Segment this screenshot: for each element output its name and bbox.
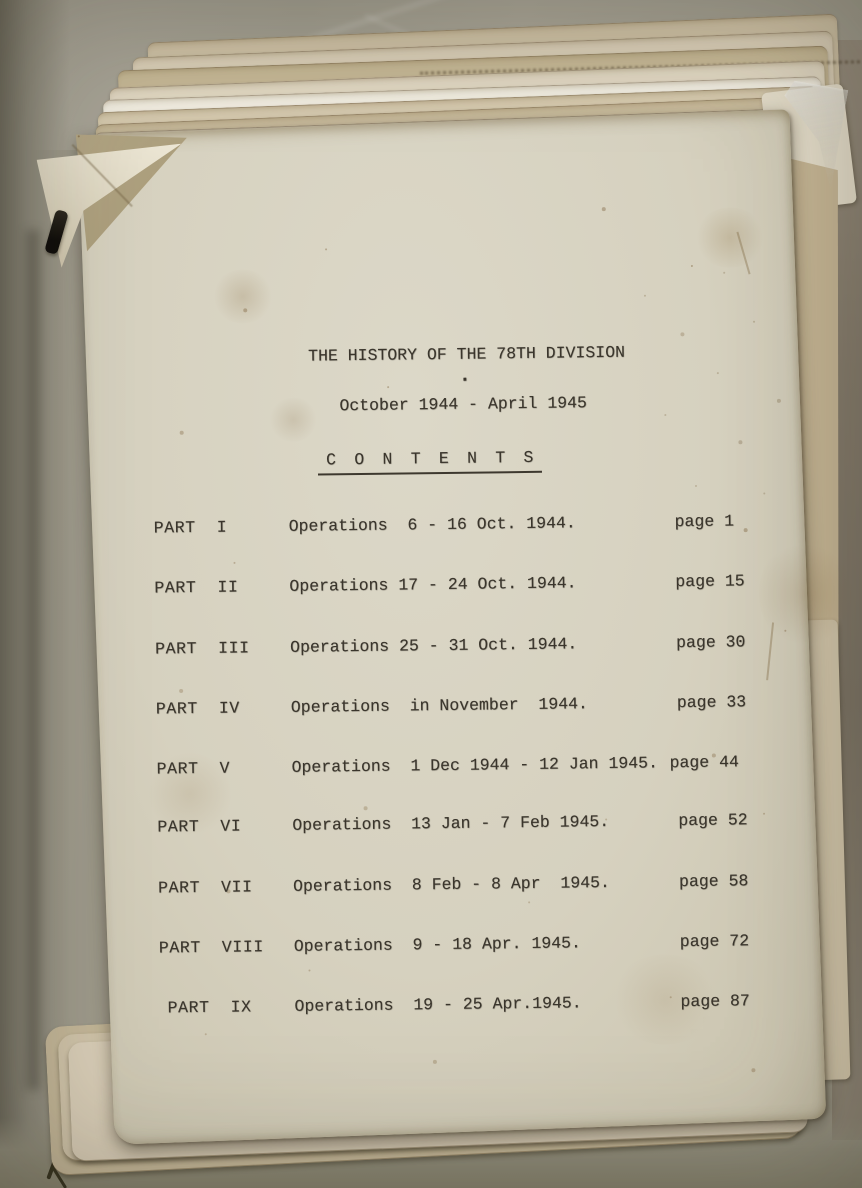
toc-page: page 44 [669,752,739,773]
toc-part: PART IV [156,699,240,720]
toc-description: Operations in November 1944. [291,694,588,718]
toc-row: PART III Operations 25 - 31 Oct. 1944. p… [96,632,808,663]
date-range: October 1944 - April 1945 [107,390,819,419]
photo-scene: THE HISTORY OF THE 78TH DIVISION . Octob… [0,0,862,1188]
toc-page: page 33 [677,692,747,713]
toc-description: Operations 19 - 25 Apr.1945. [294,993,581,1017]
toc-page: page 58 [679,871,749,892]
toc-page: page 30 [676,632,746,653]
toc-description: Operations 13 Jan - 7 Feb 1945. [292,812,609,836]
contents-heading-text: C O N T E N T S [318,448,542,476]
contents-page: THE HISTORY OF THE 78TH DIVISION . Octob… [78,109,827,1144]
typed-text-layer: THE HISTORY OF THE 78TH DIVISION . Octob… [90,118,814,1137]
toc-row: PART I Operations 6 - 16 Oct. 1944. page… [95,511,807,542]
toc-description: Operations 25 - 31 Oct. 1944. [290,634,577,658]
toc-description: Operations 6 - 16 Oct. 1944. [289,513,576,537]
toc-page: page 52 [678,810,748,831]
toc-part: PART III [155,638,250,659]
box-edge-shadow [26,230,40,1090]
contents-heading: C O N T E N T S [74,445,786,479]
toc-row: PART II Operations 17 - 24 Oct. 1944. pa… [95,571,807,602]
toc-row: PART VII Operations 8 Feb - 8 Apr 1945. … [99,871,811,902]
toc-page: page 87 [680,991,750,1012]
toc-part: PART VII [158,877,253,898]
toc-description: Operations 9 - 18 Apr. 1945. [294,933,581,957]
toc-description: Operations 17 - 24 Oct. 1944. [289,573,576,597]
toc-part: PART II [154,578,238,599]
toc-row: PART V Operations 1 Dec 1944 - 12 Jan 19… [97,752,809,783]
toc-part: PART VIII [159,937,264,958]
toc-part: PART V [156,759,230,780]
toc-page: page 15 [675,571,745,592]
table-of-contents: PART I Operations 6 - 16 Oct. 1944. page… [95,511,813,1050]
toc-page: page 72 [680,931,750,952]
toc-description: Operations 8 Feb - 8 Apr 1945. [293,873,610,897]
toc-row: PART VIII Operations 9 - 18 Apr. 1945. p… [100,931,812,962]
toc-row: PART IX Operations 19 - 25 Apr.1945. pag… [100,991,812,1022]
toc-part: PART VI [157,816,241,837]
toc-description: Operations 1 Dec 1944 - 12 Jan 1945. [291,753,658,777]
toc-row: PART VI Operations 13 Jan - 7 Feb 1945. … [98,810,810,841]
toc-page: page 1 [674,511,734,532]
toc-row: PART IV Operations in November 1944. pag… [97,692,809,723]
toc-part: PART I [154,518,228,539]
toc-part: PART IX [167,997,251,1018]
